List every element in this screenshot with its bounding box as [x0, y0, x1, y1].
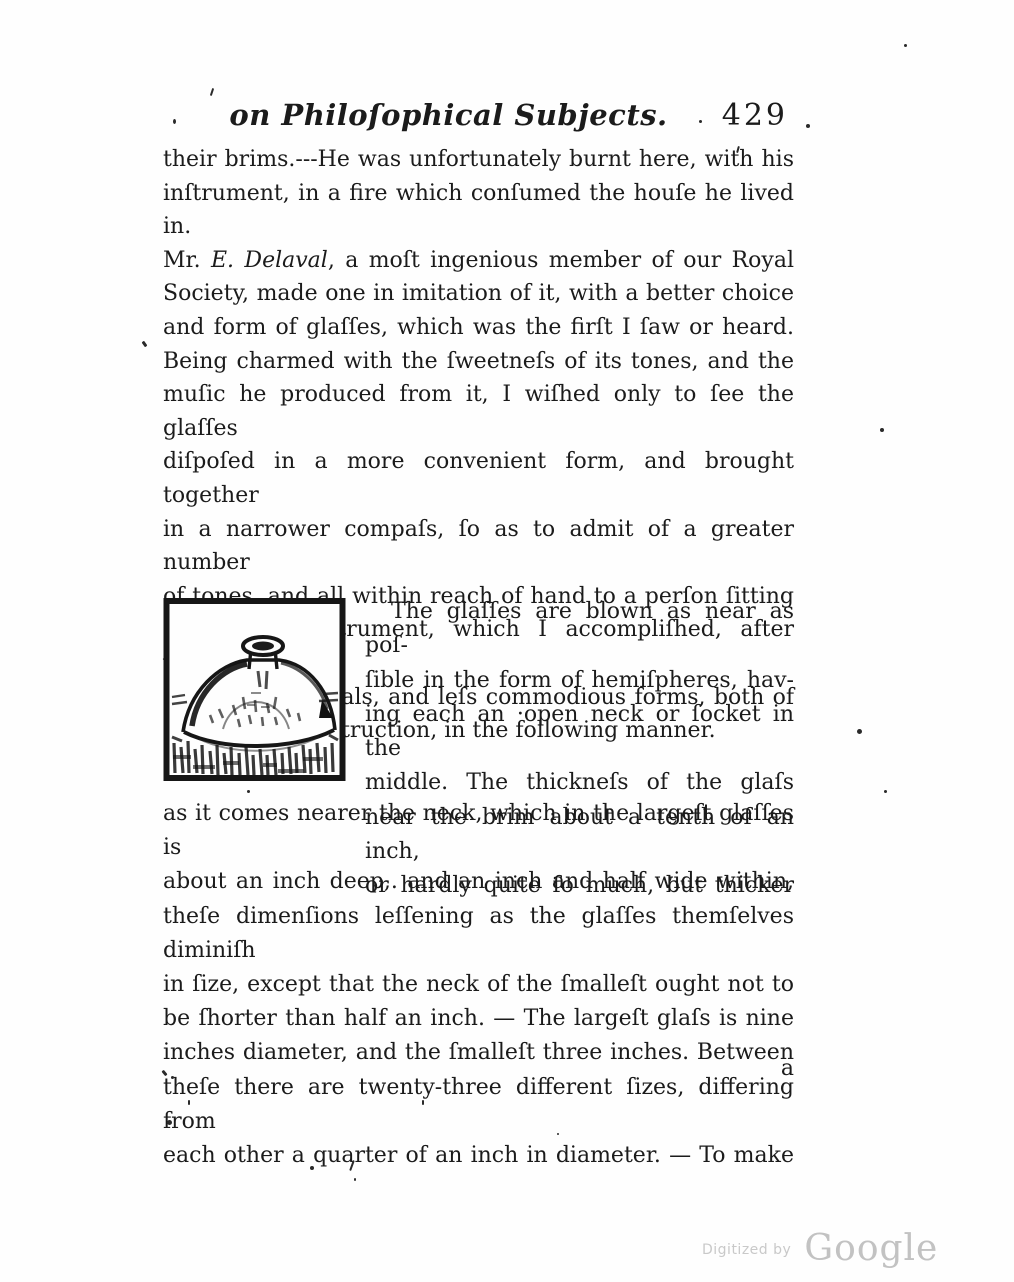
running-title: on Philoſophical Subjects.	[163, 98, 734, 132]
scan-speck	[557, 1133, 559, 1135]
text-line: ing each an ·open neck or ſocket in the	[365, 698, 794, 767]
text-line: muſic he produced from it, I wiſhed only…	[163, 378, 794, 445]
scan-speck	[354, 1178, 356, 1181]
google-logo: Google	[804, 1228, 938, 1269]
scan-speck	[857, 729, 862, 734]
scan-speck	[171, 1076, 174, 1079]
text-line: as it comes nearer the neck, which in th…	[163, 797, 794, 865]
catchword: a	[163, 1056, 794, 1081]
text-line: in ſize, except that the neck of the ſma…	[163, 968, 794, 1002]
digitization-watermark: Digitized by Google	[702, 1228, 938, 1269]
text-line: theſe dimenſions leſſening as the glaſſe…	[163, 900, 794, 968]
text-line: Being charmed with the ſweetneſs of its …	[163, 345, 794, 379]
glass-hemisphere-woodcut	[163, 597, 347, 783]
scan-speck	[422, 1100, 424, 1105]
scan-speck	[210, 88, 214, 96]
scan-speck	[188, 1100, 190, 1105]
text-line: about an inch deep,. and an inch and hal…	[163, 865, 794, 899]
paragraph-2-full-width: as it comes nearer the neck, which in th…	[163, 797, 794, 1173]
text-line: Mr. E. Delaval, a moſt ingenious member …	[163, 244, 794, 278]
text-line: their brims.---He was unfortunately burn…	[163, 143, 794, 177]
text-line: Society, made one in imitation of it, wi…	[163, 277, 794, 311]
scan-speck	[904, 44, 907, 47]
scan-speck	[880, 428, 884, 432]
scan-speck	[247, 790, 250, 793]
text-line: The glaſſes are blown as near as poſ-	[365, 595, 794, 664]
text-line: and form of glaſſes, which was the firſt…	[163, 311, 794, 345]
scan-speck	[884, 790, 887, 793]
scan-speck	[142, 341, 148, 348]
scan-speck	[806, 124, 810, 128]
text-line: in a narrower compaſs, ſo as to admit of…	[163, 513, 794, 580]
scan-speck	[173, 119, 176, 124]
text-line: inſtrument, in a fire which conſumed the…	[163, 177, 794, 244]
text-line: be ſhorter than half an inch. — The larg…	[163, 1002, 794, 1036]
scan-speck	[699, 120, 702, 123]
book-page: on Philoſophical Subjects. 429 their bri…	[0, 0, 1014, 1282]
glass-hemisphere-figure	[163, 597, 347, 783]
scan-speck	[310, 1166, 314, 1170]
page-number: 429	[722, 98, 788, 133]
watermark-prefix: Digitized by	[702, 1242, 791, 1258]
page-header: on Philoſophical Subjects. 429	[163, 98, 794, 138]
scan-speck	[167, 1120, 172, 1125]
text-line: diſpoſed in a more convenient form, and …	[163, 445, 794, 512]
text-line: ſible in the form of hemiſpheres, hav-	[365, 664, 794, 698]
text-line: middle. The thickneſs of the glaſs	[365, 766, 794, 800]
text-line: each other a quarter of an inch in diame…	[163, 1139, 794, 1173]
